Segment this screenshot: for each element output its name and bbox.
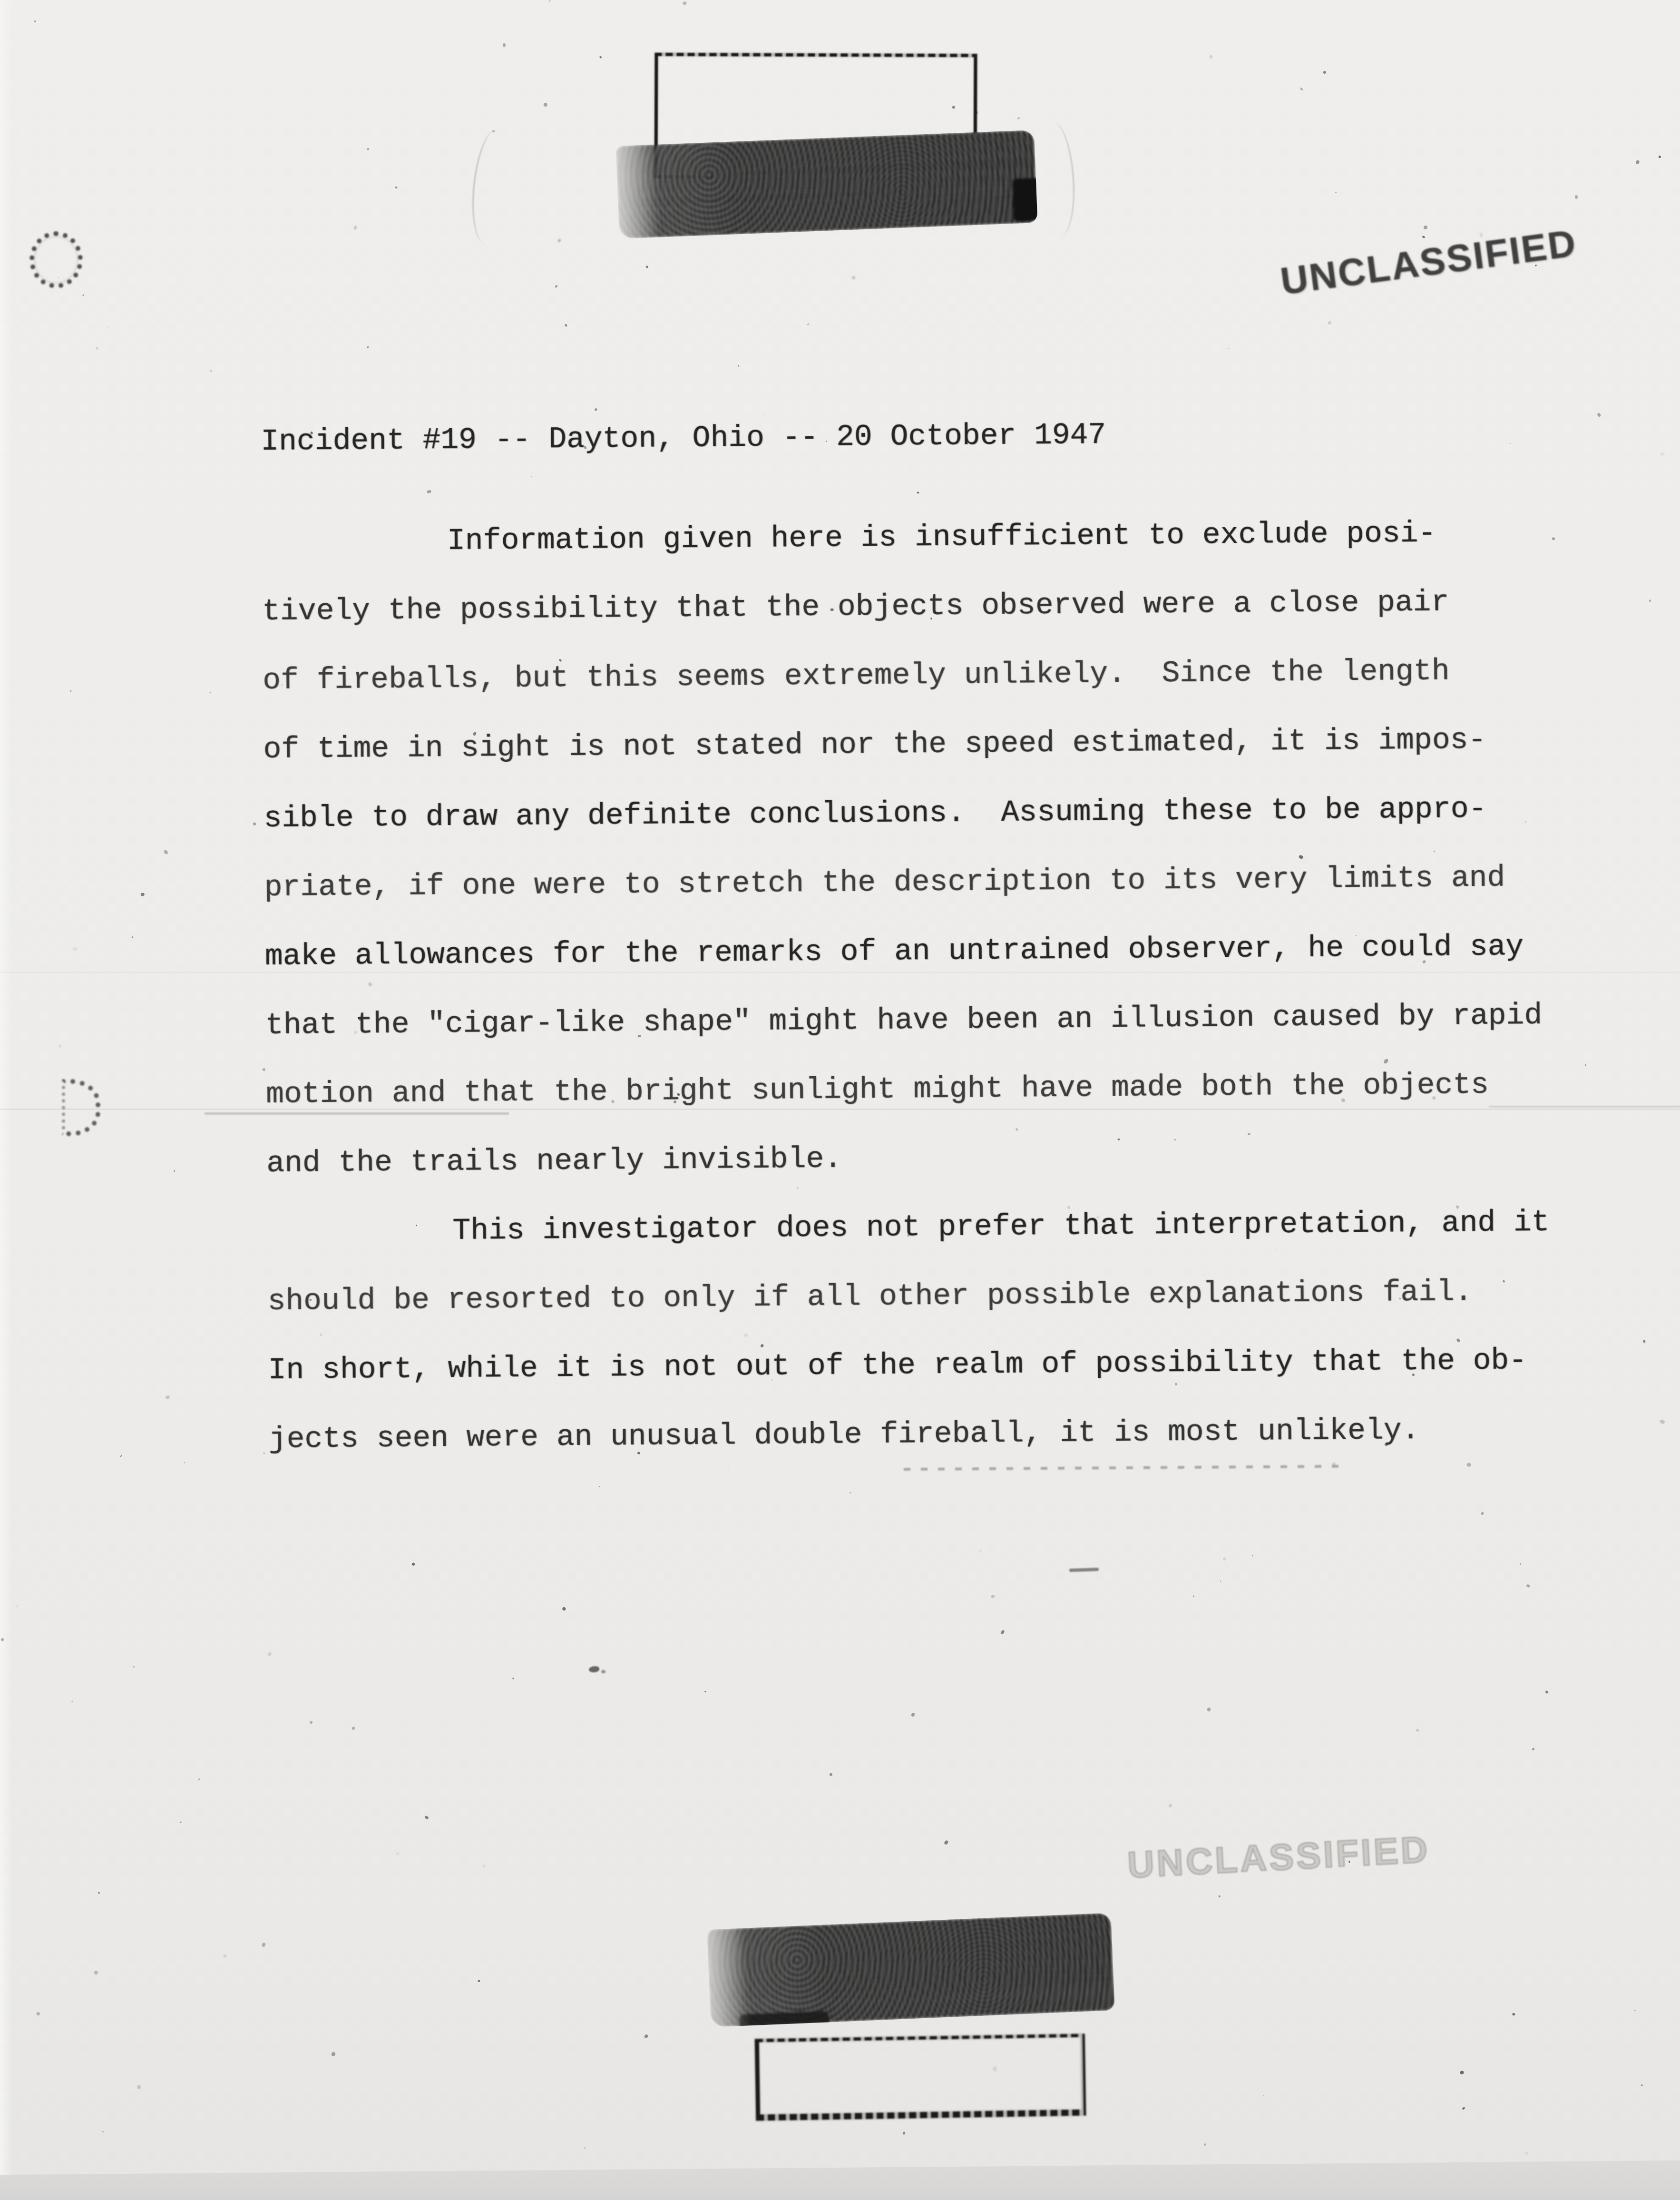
scanned-document-page: UNCLASSIFIED Incident #19 -- Dayton, Ohi… bbox=[0, 0, 1680, 2200]
document-heading: Incident #19 -- Dayton, Ohio -- 20 Octob… bbox=[261, 401, 1106, 476]
body-line: priate, if one were to stretch the descr… bbox=[264, 843, 1547, 922]
body-line: of fireballs, but this seems extremely u… bbox=[263, 636, 1545, 715]
faint-scanline bbox=[0, 972, 1680, 973]
ink-smear bbox=[205, 1112, 509, 1115]
body-line: and the trails nearly invisible. bbox=[266, 1119, 1549, 1198]
body-line: Information given here is insufficient t… bbox=[261, 498, 1544, 577]
body-line: jects seen were an unusual double fireba… bbox=[268, 1395, 1551, 1474]
body-line: that the "cigar-like shape" might have b… bbox=[265, 981, 1548, 1060]
body-line: make allowances for the remarks of an un… bbox=[264, 912, 1547, 991]
body-line: In short, while it is not out of the rea… bbox=[268, 1326, 1551, 1405]
body-line: should be resorted to only if all other … bbox=[267, 1257, 1550, 1336]
body-line: sible to draw any definite conclusions. … bbox=[264, 774, 1546, 853]
body-line: This investigator does not prefer that i… bbox=[267, 1188, 1550, 1267]
document-body: Information given here is insufficient t… bbox=[261, 498, 1551, 1474]
body-line: of time in sight is not stated nor the s… bbox=[263, 705, 1546, 784]
stamp-outline-box-bottom bbox=[755, 2034, 1086, 2121]
faint-scanline bbox=[0, 1109, 1680, 1110]
redaction-smudge-bottom bbox=[707, 1913, 1115, 2027]
body-line: motion and that the bright sunlight migh… bbox=[266, 1050, 1549, 1129]
body-line: tively the possibility that the objects … bbox=[262, 567, 1545, 646]
ink-smear bbox=[1489, 1106, 1680, 1108]
